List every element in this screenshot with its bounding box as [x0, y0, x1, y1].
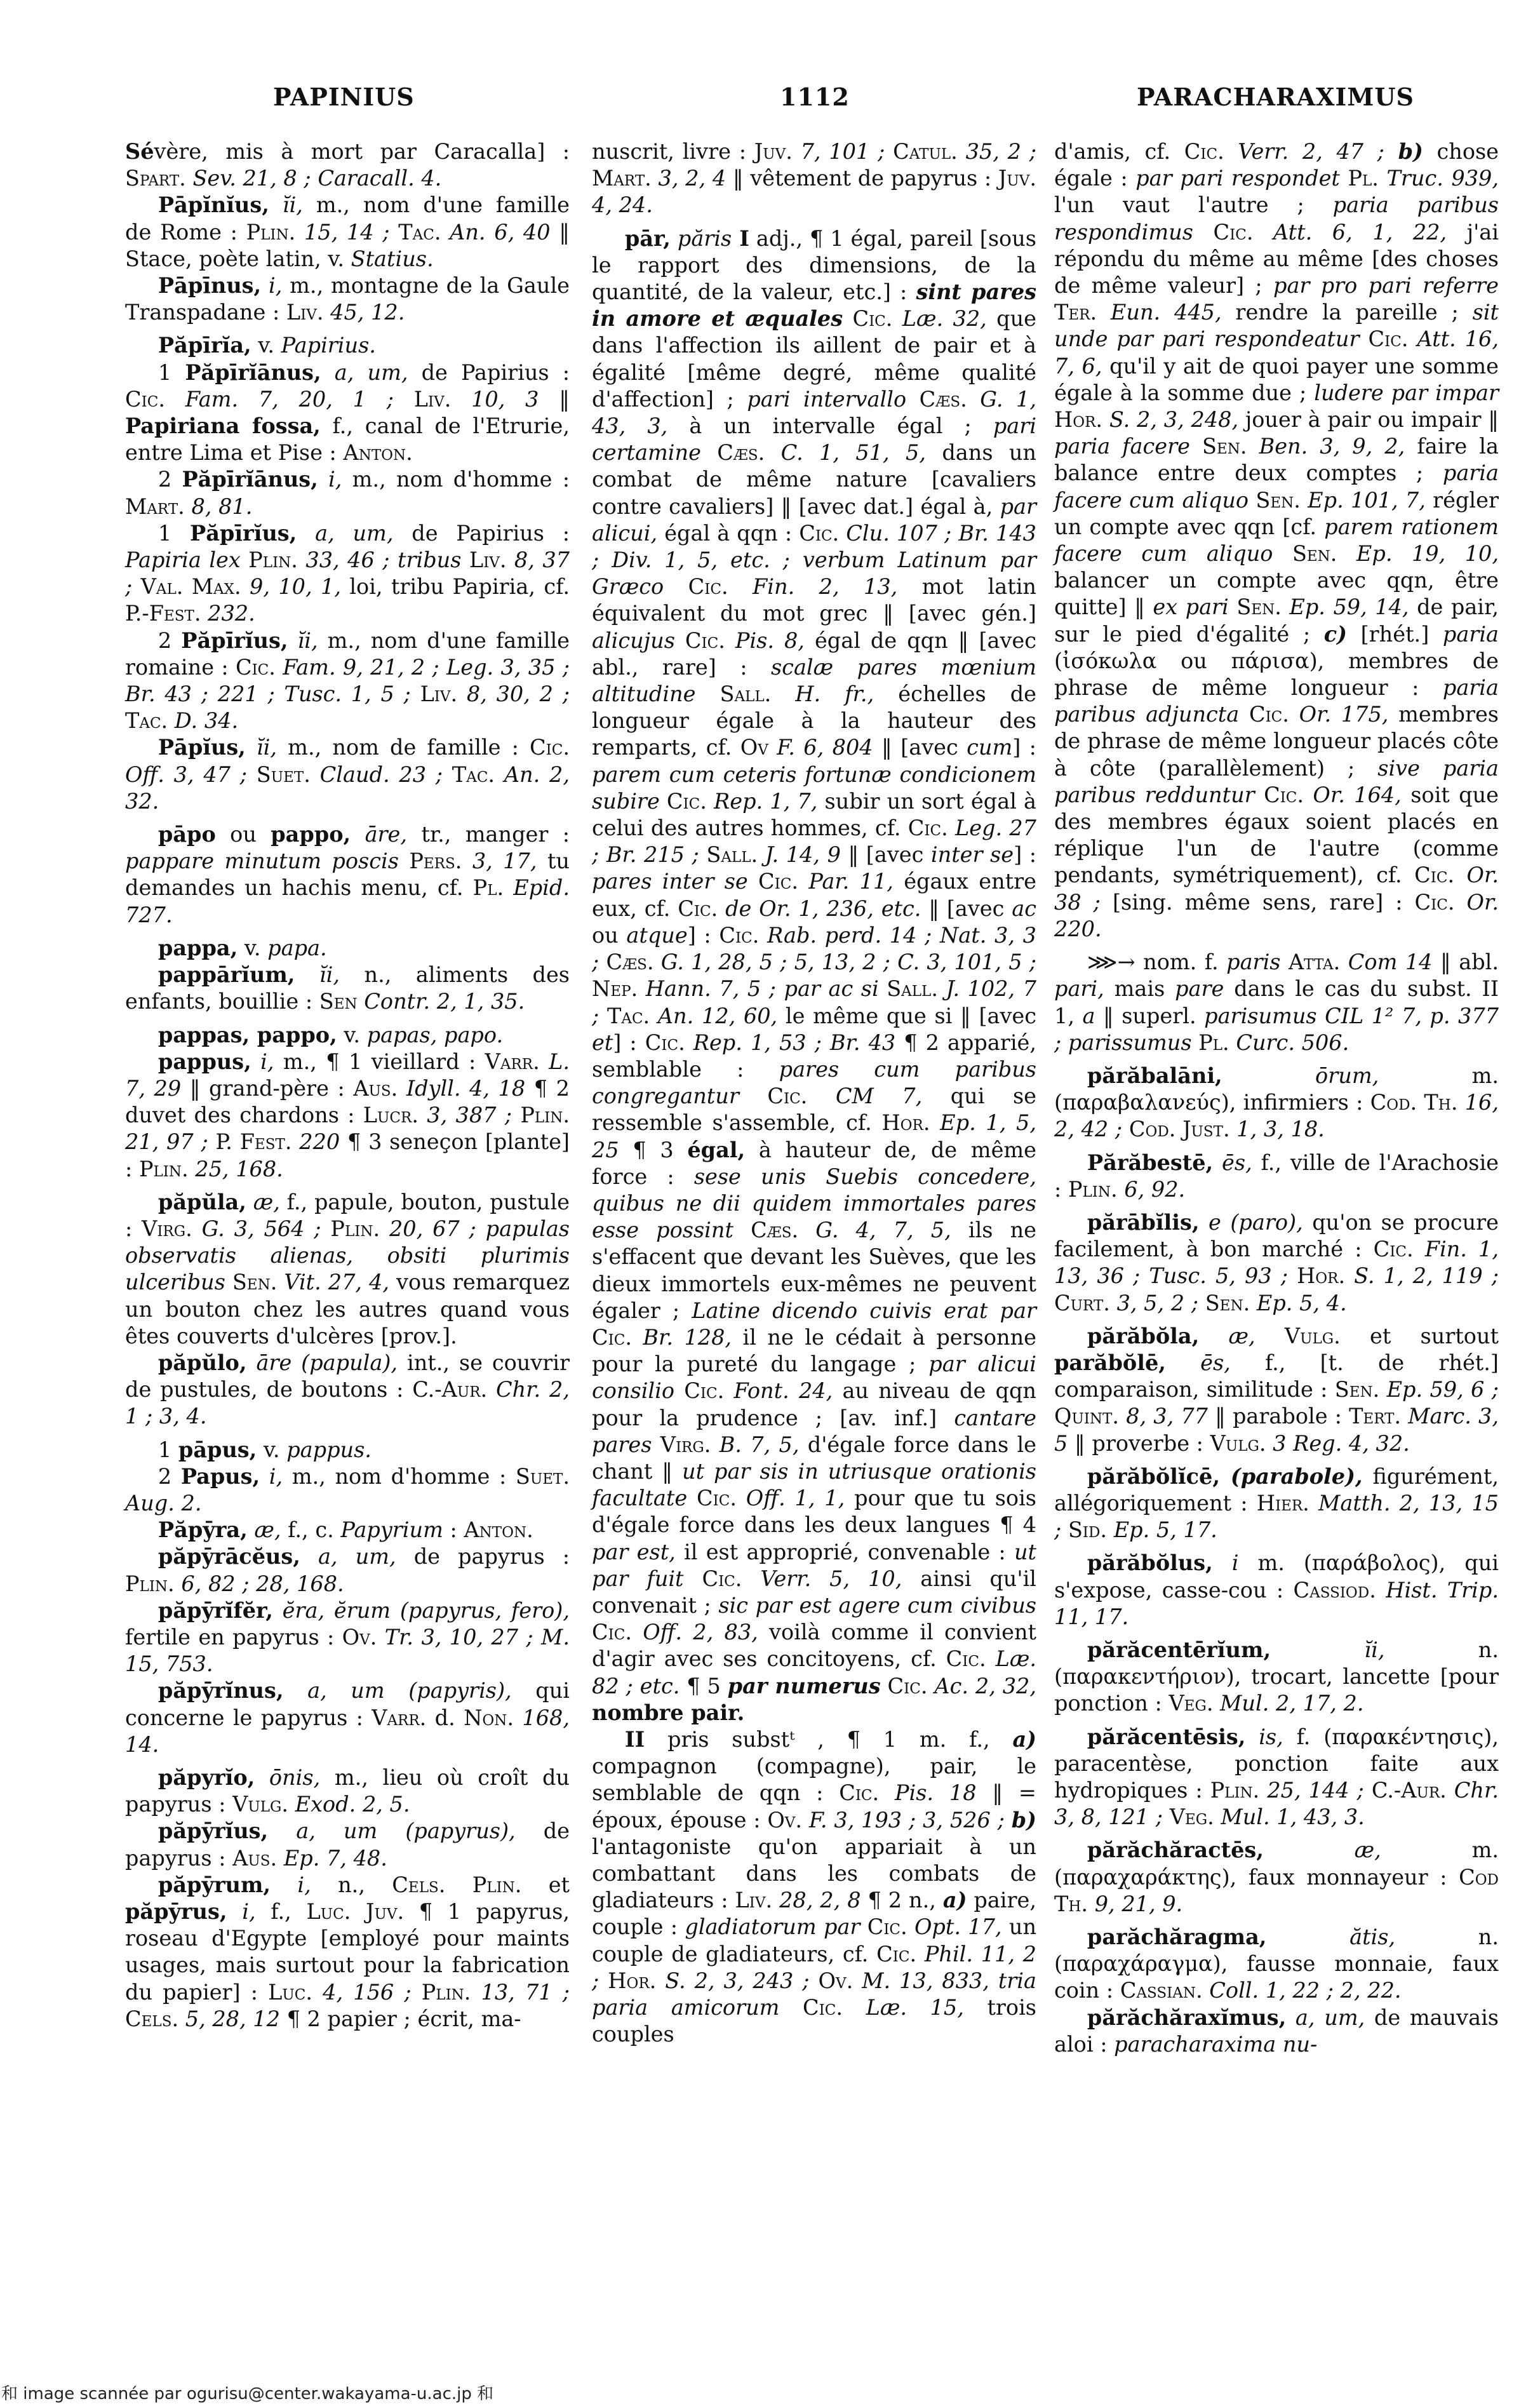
text-run: [860, 1914, 867, 1939]
citation: Fin. 2, 13,: [728, 574, 898, 599]
author-abbrev: Cic.: [852, 306, 892, 331]
author-abbrev: Cic.: [803, 1995, 843, 2020]
text-run: ¶ 2 n.,: [861, 1888, 943, 1912]
citation: æ,: [248, 1517, 281, 1542]
citation: pare: [1175, 976, 1224, 1001]
citation: 8, 81.: [185, 494, 253, 519]
author-abbrev: Plin.: [1210, 1778, 1260, 1803]
dictionary-entry: pār, păris I adj., ¶ 1 égal, pareil [sou…: [592, 225, 1036, 1726]
citation: 4, 24.: [592, 192, 653, 217]
text-run: [rhét.]: [1347, 622, 1443, 647]
author-abbrev: Sen.: [1202, 434, 1247, 459]
citation: Opt. 17,: [907, 1914, 1002, 1939]
text-run: [1255, 1324, 1285, 1348]
author-abbrev: Veg.: [1170, 1805, 1214, 1829]
author-abbrev: Ov.: [819, 1968, 854, 1993]
citation: ĭi,: [295, 962, 340, 987]
text-run: de papyrus :: [396, 1544, 570, 1569]
text-run: ] :: [1012, 735, 1036, 760]
headword: Păpȳra,: [158, 1517, 248, 1542]
headword: II: [625, 1727, 645, 1752]
headword: pāpo: [158, 822, 216, 847]
author-abbrev: Cic.: [799, 521, 839, 546]
headword: păpȳrĭus,: [158, 1818, 268, 1843]
dictionary-entry: Păpīrĭa, v. Papirius.: [125, 332, 570, 359]
citation: Sev. 21, 8 ; Caracall. 4.: [186, 166, 442, 191]
text-run: loi, tribu Papiria, cf.: [341, 574, 570, 599]
text-run: [885, 139, 893, 164]
author-abbrev: Cæs.: [920, 387, 967, 412]
text-run: d'amis, cf.: [1054, 139, 1184, 164]
citation: Ep. 19, 10,: [1337, 541, 1499, 566]
dictionary-entry: d'amis, cf. Cic. Verr. 2, 47 ; b) chose …: [1054, 138, 1499, 943]
citation: 25, 168.: [189, 1157, 283, 1181]
citation: G. 1, 28, 5 ; 5, 13, 2 ; C. 3, 101, 5 ;: [654, 950, 1036, 974]
author-abbrev: Cic.: [1249, 702, 1289, 727]
author-abbrev: Cic.: [688, 574, 728, 599]
dictionary-entry: păpȳrum, i, n., Cels. Plin. et păpȳrus, …: [125, 1872, 570, 2033]
citation: 35, 2 ;: [958, 139, 1036, 164]
headword: nombre pair.: [592, 1700, 744, 1725]
citation: Papirius.: [281, 333, 376, 358]
citation: 7, 101 ;: [793, 139, 885, 164]
citation: æ,: [246, 1190, 280, 1214]
citation: āre (papula),: [247, 1350, 398, 1375]
citation: papas, papo.: [367, 1023, 503, 1047]
citation: Ep. 5, 4.: [1250, 1291, 1346, 1315]
dictionary-entry: părābĭlis, e (paro), qu'on se procure fa…: [1054, 1209, 1499, 1317]
text-run: ¶ 5: [680, 1674, 727, 1698]
text-run: [247, 762, 257, 787]
text-run: de Papirius :: [408, 360, 570, 385]
citation: 3 Reg. 4, 32.: [1266, 1431, 1410, 1456]
text-run: [sing. même sens, rare] :: [1101, 890, 1415, 915]
citation: Ep. 59, 6 ;: [1379, 1377, 1499, 1402]
citation: ludere par impar: [1314, 380, 1499, 405]
author-abbrev: Sall.: [720, 682, 772, 706]
citation: pares inter se: [592, 869, 748, 894]
citation: ĕra, ĕrum (papyrus, fero),: [273, 1598, 570, 1623]
citation: ēs,: [1213, 1150, 1252, 1175]
citation: alicujus: [592, 628, 675, 653]
author-abbrev: Hier.: [1257, 1491, 1309, 1516]
headword: păpȳrĭnus,: [158, 1678, 284, 1703]
text-run: (parabole),: [1220, 1464, 1363, 1489]
text-run: [1288, 1263, 1297, 1288]
text-run: [684, 1566, 702, 1591]
author-abbrev: P.-Fest.: [125, 601, 201, 626]
text-run: ‖ [avec: [841, 842, 931, 867]
author-abbrev: Cæs.: [717, 440, 765, 465]
author-abbrev: Spart.: [125, 166, 186, 191]
text-run: [1280, 950, 1289, 974]
text-run: m., nom d'homme :: [342, 467, 570, 492]
author-abbrev: Suet.: [257, 762, 311, 787]
author-abbrev: Ov.: [767, 1808, 802, 1832]
text-run: [1360, 326, 1369, 351]
headword: părăbŏla,: [1087, 1324, 1199, 1348]
author-abbrev: Liv.: [469, 548, 507, 572]
author-abbrev: Liv.: [420, 682, 458, 706]
text-run: 1: [158, 360, 185, 385]
citation: 4, 156 ;: [312, 1980, 412, 2005]
citation: Exod. 2, 5.: [288, 1792, 410, 1817]
citation: S. 2, 3, 248,: [1102, 407, 1238, 432]
citation: ex pari: [1153, 595, 1228, 619]
text-run: ‖ [avec: [873, 735, 967, 760]
citation: 9, 10, 1,: [241, 574, 341, 599]
author-abbrev: Cic.: [530, 735, 570, 760]
dictionary-entry: părăbŏlĭcē, (parabole), figurément, allé…: [1054, 1463, 1499, 1544]
text-run: b): [1398, 139, 1423, 164]
text-run: à un intervalle égal ;: [667, 413, 993, 438]
citation: a: [1082, 1004, 1095, 1028]
citation: An. 12, 60,: [650, 1004, 777, 1028]
author-abbrev: Sen.: [1292, 541, 1337, 566]
text-run: c): [1324, 622, 1347, 647]
dictionary-entry: păpŭlo, āre (papula), int., se couvrir d…: [125, 1350, 570, 1430]
dictionary-entry: părăcentēsis, is, f. (παρακέντησις), par…: [1054, 1724, 1499, 1831]
citation: 3, 17,: [462, 849, 537, 873]
headword: părăcentēsis,: [1087, 1724, 1245, 1749]
headword: păpȳrĭfĕr,: [158, 1598, 273, 1623]
dictionary-entry: pappārĭum, ĭi, n., aliments des enfants,…: [125, 962, 570, 1015]
author-abbrev: Sen.: [1205, 1291, 1250, 1315]
citation: Or. 175,: [1289, 702, 1388, 727]
text-run: [321, 1216, 331, 1241]
text-run: tr., manger :: [407, 822, 570, 847]
headword: păpȳrum,: [158, 1872, 271, 1897]
dictionary-entry: II pris substᵗ , ¶ 1 m. f., a) compagnon…: [592, 1726, 1036, 2048]
citation: gladiatorum par: [685, 1914, 860, 1939]
scan-credit-footer: 和 image scannée par ogurisu@center.wakay…: [1, 2381, 493, 2404]
page-number: 1112: [780, 83, 850, 111]
citation: Pis. 8,: [725, 628, 805, 653]
author-abbrev: Cic.: [1184, 139, 1224, 164]
citation: ĭi,: [269, 192, 303, 217]
text-run: [1239, 702, 1249, 727]
citation: Papyrium: [340, 1517, 443, 1542]
citation: i: [1213, 1550, 1239, 1575]
citation: pari,: [1054, 976, 1104, 1001]
citation: a, um,: [1286, 2005, 1365, 2030]
headword: păpyrĭo,: [158, 1765, 255, 1790]
text-run: [1192, 1030, 1199, 1055]
citation: 15, 14 ;: [295, 220, 389, 245]
author-abbrev: Cassiod.: [1294, 1578, 1376, 1603]
author-abbrev: Cic.: [684, 1378, 724, 1403]
author-abbrev: Cic.: [1415, 890, 1455, 915]
headword: Papus,: [181, 1464, 260, 1489]
citation: Contr. 2, 1, 35.: [358, 989, 525, 1014]
citation: S. 1, 2, 119 ;: [1345, 1263, 1499, 1288]
text-run: a): [943, 1888, 967, 1912]
text-run: ‖ vêtement de papyrus :: [726, 166, 998, 191]
headword: Papiriana fossa,: [125, 413, 321, 438]
author-abbrev: Catul.: [893, 139, 958, 164]
author-abbrev: Veg.: [1168, 1691, 1213, 1716]
author-abbrev: Plin.: [139, 1157, 189, 1181]
author-abbrev: Plin.: [330, 1216, 380, 1241]
headword: păpȳrācĕus,: [158, 1544, 300, 1569]
author-abbrev: Sen.: [232, 1270, 278, 1294]
text-run: [1061, 1517, 1068, 1542]
dictionary-entry: Pāpĭnĭus, ĭi, m., nom d'une famille de R…: [125, 192, 570, 272]
headword: Pāpĭnĭus,: [158, 192, 269, 217]
author-abbrev: Sall.: [887, 976, 938, 1001]
author-abbrev: Liv.: [286, 300, 324, 325]
headword: Păpīrĭus,: [181, 628, 288, 653]
author-abbrev: Cels.: [125, 2006, 178, 2031]
citation: i,: [271, 1872, 311, 1897]
author-abbrev: Sid.: [1068, 1517, 1107, 1542]
author-abbrev: Ter.: [1054, 300, 1097, 325]
text-run: [390, 220, 399, 245]
citation: a, um,: [300, 1544, 396, 1569]
citation: S. 2, 3, 243 ;: [656, 1968, 809, 1993]
headword: pappus,: [158, 1049, 251, 1074]
headword: pappas, pappo,: [158, 1023, 337, 1047]
text-run: ‖ superl.: [1095, 1004, 1204, 1028]
citation: Or. 164,: [1304, 783, 1402, 807]
citation: Mul. 1, 43, 3.: [1214, 1805, 1365, 1829]
text-run: 1: [158, 1437, 178, 1462]
headword: pappo,: [271, 822, 351, 847]
citation: Vit. 27, 4,: [277, 1270, 389, 1294]
citation: paracharaxima nu-: [1114, 2032, 1317, 2057]
citation: 6, 82 ; 28, 168.: [175, 1571, 344, 1596]
author-abbrev: Mart.: [125, 494, 185, 519]
text-run: ‖ parabole :: [1208, 1404, 1349, 1428]
headword: părăbŏlĭcē,: [1087, 1464, 1220, 1489]
citation: Mul. 2, 17, 2.: [1213, 1691, 1363, 1716]
author-abbrev: Sall.: [706, 842, 758, 867]
author-abbrev: Cic.: [125, 387, 165, 412]
headword: părăbŏlus,: [1087, 1550, 1213, 1575]
author-abbrev: Cic.: [888, 1674, 928, 1698]
text-run: ‖ abl.: [1432, 950, 1499, 974]
headword: pappa,: [158, 936, 238, 960]
text-run: [687, 1486, 697, 1510]
citation: 8, 3, 77: [1119, 1404, 1208, 1428]
citation: Com 14: [1340, 950, 1432, 974]
citation: 10, 3: [451, 387, 539, 412]
headword: păpŭlo,: [158, 1350, 247, 1375]
text-run: fertile en papyrus :: [125, 1625, 342, 1650]
author-abbrev: Vulg.: [1285, 1324, 1341, 1348]
citation: Font. 24,: [724, 1378, 833, 1403]
headword: părābĭlis,: [1087, 1210, 1200, 1235]
author-abbrev: Plin.: [422, 1980, 471, 2005]
text-run: [906, 387, 920, 412]
column-3: d'amis, cf. Cic. Verr. 2, 47 ; b) chose …: [1054, 138, 1499, 2058]
text-run: ¶ 3: [619, 1138, 688, 1162]
author-abbrev: Sen.: [1335, 1377, 1380, 1402]
citation: atque: [626, 923, 687, 948]
text-run: pris subst: [645, 1727, 789, 1752]
citation: 25, 144 ;: [1259, 1778, 1364, 1803]
citation: ōnis,: [255, 1765, 320, 1790]
text-run: jouer à pair ou impair ‖: [1238, 407, 1499, 432]
headword: I: [732, 226, 749, 251]
author-abbrev: Tac.: [125, 708, 168, 733]
text-run: mais: [1104, 976, 1175, 1001]
text-run: il est approprié, convenable :: [676, 1540, 1014, 1564]
text-run: ou: [592, 923, 626, 948]
text-run: [881, 1674, 888, 1698]
author-abbrev: Cic.: [946, 1646, 986, 1671]
text-run: [1384, 139, 1398, 164]
dictionary-entry: 1 pāpus, v. pappus.: [125, 1437, 570, 1463]
dictionary-entry: 1 Păpīrĭus, a, um, de Papirius : Papiria…: [125, 520, 570, 628]
text-run: v.: [251, 333, 281, 358]
author-abbrev: Cic.: [592, 1325, 632, 1350]
author-abbrev: Tac.: [452, 762, 495, 787]
text-run: [652, 1432, 660, 1457]
text-run: de Papirius :: [393, 521, 570, 546]
citation: pappare minutum poscis: [125, 849, 399, 873]
text-run: [599, 1968, 608, 1993]
author-abbrev: Varr.: [372, 1705, 426, 1730]
text-run: [879, 976, 887, 1001]
citation: pari intervallo: [747, 387, 906, 412]
author-abbrev: Hor.: [608, 1968, 656, 1993]
author-abbrev: Virg.: [660, 1432, 711, 1457]
author-abbrev: Anton.: [464, 1517, 533, 1542]
author-abbrev: Cassian.: [1120, 1978, 1203, 2003]
author-abbrev: P. Fest.: [216, 1129, 292, 1154]
citation: C. 1, 51, 5,: [765, 440, 926, 465]
citation: Rep. 1, 7,: [707, 789, 818, 814]
author-abbrev: Plin.: [1068, 1177, 1118, 1202]
citation: F. 6, 804: [768, 735, 873, 760]
headword: Păpīrĭus,: [190, 521, 297, 546]
text-run: [412, 1980, 422, 2005]
text-run: [701, 440, 717, 465]
text-run: m., nom de famille :: [277, 735, 530, 760]
citation: pappus.: [286, 1437, 372, 1462]
citation: 45, 12.: [324, 300, 405, 325]
citation: F. 3, 193 ; 3, 526 ;: [802, 1808, 1005, 1832]
author-abbrev: Cic.: [1369, 326, 1409, 351]
text-run: d.: [426, 1705, 464, 1730]
text-run: [1249, 488, 1255, 513]
author-abbrev: Cic.: [236, 655, 276, 680]
author-abbrev: Cic.: [719, 923, 759, 948]
citation: Aug. 2.: [125, 1491, 201, 1516]
citation: papa.: [267, 936, 326, 960]
author-abbrev: Cic.: [592, 1620, 632, 1644]
citation: Curc. 506.: [1229, 1030, 1349, 1055]
citation: Ep. 7, 48.: [277, 1846, 387, 1871]
headword: părăchăraxĭmus,: [1087, 2005, 1286, 2030]
author-abbrev: Pl.: [473, 875, 504, 900]
citation: păris: [671, 226, 732, 251]
citation: G. 3, 564 ;: [192, 1216, 321, 1241]
headword: pāpus,: [178, 1437, 257, 1462]
text-run: rendre la pareille ;: [1222, 300, 1473, 325]
headword: égal,: [687, 1138, 745, 1162]
author-abbrev: Cic.: [839, 1780, 879, 1805]
citation: a, um,: [297, 521, 393, 546]
citation: ĭi,: [288, 628, 318, 653]
author-abbrev: Cod. Th.: [1370, 1090, 1458, 1115]
author-abbrev: Cic.: [685, 628, 725, 653]
author-abbrev: Plin.: [248, 548, 298, 572]
citation: 13, 71 ;: [471, 1980, 570, 2005]
citation: inter se: [931, 842, 1014, 867]
citation: J. 14, 9: [758, 842, 841, 867]
author-abbrev: Pl.: [1198, 1030, 1229, 1055]
headword: părăcentērĭum,: [1087, 1637, 1271, 1662]
dictionary-entry: Păpȳra, æ, f., c. Papyrium : Anton.: [125, 1517, 570, 1543]
author-abbrev: Aus.: [353, 1076, 398, 1101]
text-run: [1340, 166, 1348, 191]
text-run: v.: [337, 1023, 367, 1047]
headword: pappārĭum,: [158, 962, 295, 987]
text-run: [1364, 1778, 1372, 1803]
text-run: v.: [238, 936, 267, 960]
dictionary-entry: 1 Păpīrĭānus, a, um, de Papirius : Cic. …: [125, 360, 570, 467]
author-abbrev: Juv.: [998, 166, 1036, 191]
citation: Eun. 445,: [1097, 300, 1222, 325]
text-run: [241, 548, 248, 572]
citation: 33, 46 ; tribus: [298, 548, 461, 572]
dictionary-entry: pappa, v. papa.: [125, 935, 570, 962]
text-run: [1198, 1291, 1205, 1315]
author-abbrev: Cic.: [1214, 220, 1254, 245]
author-abbrev: Mart.: [592, 166, 652, 191]
text-run: [443, 762, 452, 787]
text-run: et: [521, 1872, 570, 1897]
text-run: par numerus: [728, 1674, 881, 1698]
dictionary-entry: păpȳrĭus, a, um (papyrus), de papyrus : …: [125, 1818, 570, 1871]
citation: ac: [1012, 896, 1036, 921]
citation: CM 7,: [807, 1084, 922, 1108]
author-abbrev: Plin.: [246, 220, 296, 245]
citation: sic par est agere cum civibus: [718, 1593, 1036, 1618]
text-run: vère, mis à mort par Caracalla] :: [154, 139, 570, 164]
dictionary-entry: nuscrit, livre : Juv. 7, 101 ; Catul. 35…: [592, 138, 1036, 219]
author-abbrev: Cic.: [1264, 783, 1304, 807]
text-run: [699, 842, 707, 867]
headword: Sé: [125, 139, 154, 164]
author-abbrev: Vulg.: [1210, 1431, 1266, 1456]
citation: i,: [261, 273, 282, 298]
author-abbrev: Cic.: [767, 1084, 807, 1108]
citation: Statius.: [351, 246, 434, 271]
text-run: , ¶ 1 m. f.,: [794, 1727, 1012, 1752]
citation: ĭi,: [246, 735, 277, 760]
text-run: [1229, 595, 1237, 619]
dictionary-entry: părăchăraxĭmus, a, um, de mauvais aloi :…: [1054, 2005, 1499, 2058]
citation: i,: [227, 1899, 256, 1924]
headword: părăbalāni,: [1087, 1063, 1222, 1088]
citation: Br. 128,: [632, 1325, 732, 1350]
text-run: 2: [158, 467, 182, 492]
text-run: ou: [216, 822, 271, 847]
author-abbrev: Lucr.: [363, 1103, 418, 1127]
author-abbrev: Hor.: [1054, 407, 1102, 432]
author-abbrev: Cic.: [876, 1942, 916, 1966]
author-abbrev: Virg.: [142, 1216, 192, 1241]
author-abbrev: Anton.: [344, 440, 413, 465]
citation: i,: [318, 467, 342, 492]
headword: pār,: [625, 226, 671, 251]
citation: is,: [1245, 1724, 1283, 1749]
text-run: f., c.: [281, 1517, 341, 1542]
headword: părăchăractēs,: [1087, 1838, 1264, 1862]
